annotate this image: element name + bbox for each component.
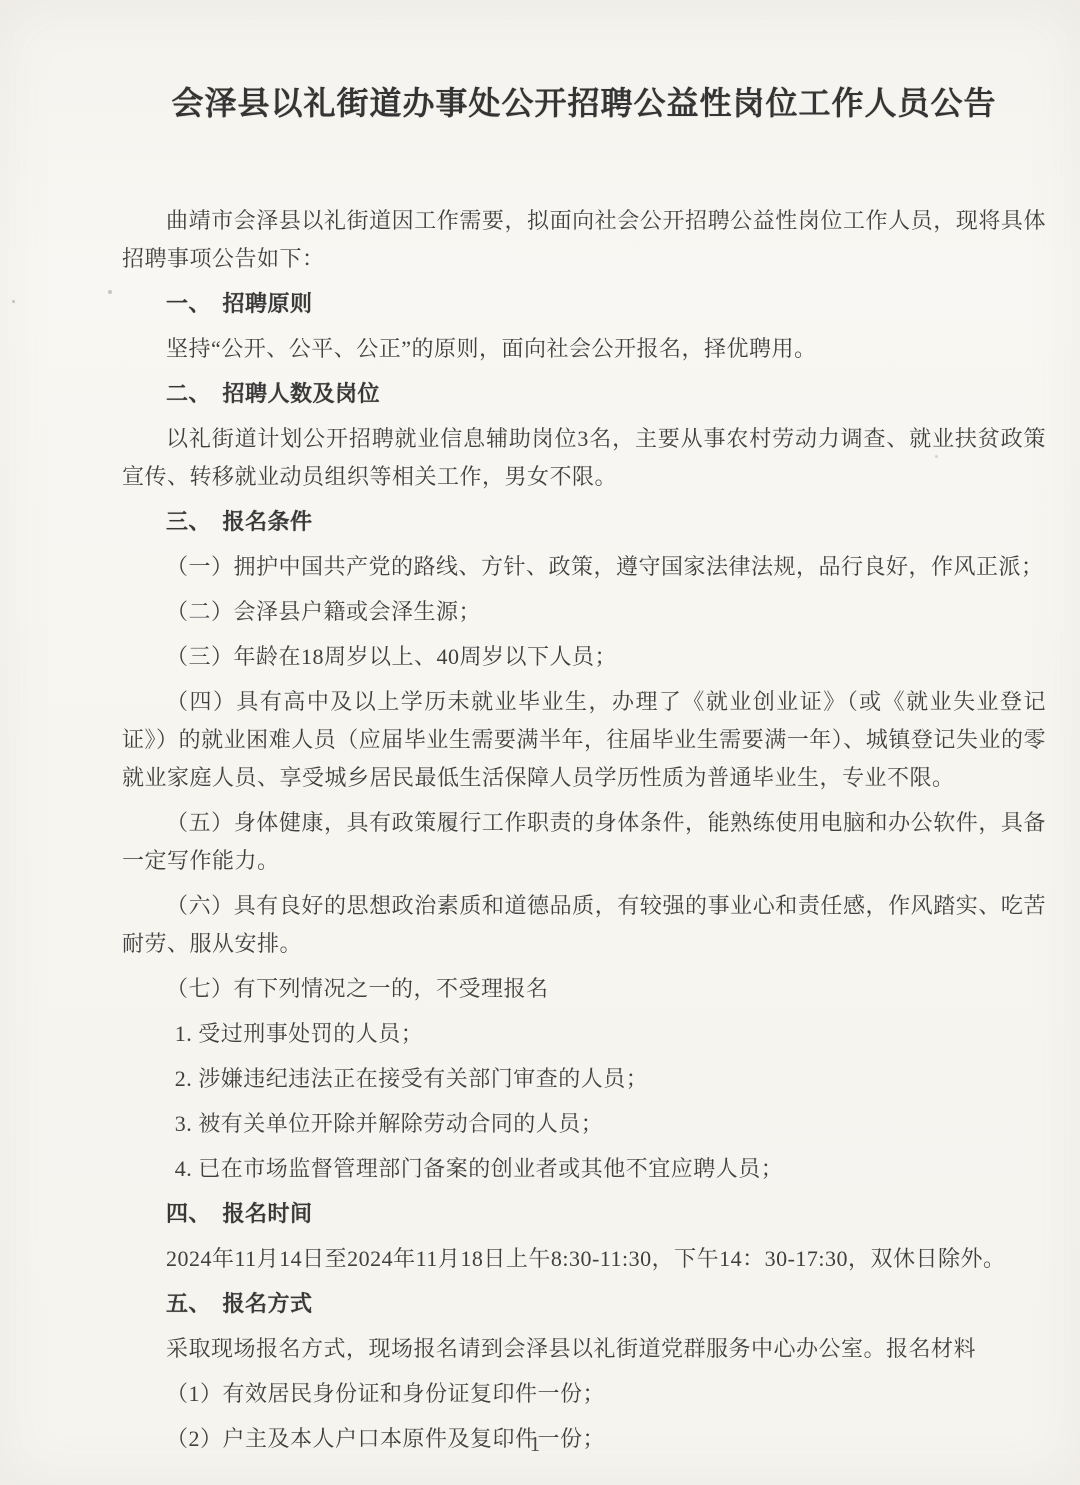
heading-positions-and-headcount: 二、 招聘人数及岗位 bbox=[122, 375, 1046, 413]
heading-application-time: 四、 报名时间 bbox=[122, 1195, 1046, 1233]
condition-item-5: （五）身体健康，具有政策履行工作职责的身体条件，能熟练使用电脑和办公软件，具备一… bbox=[122, 804, 1046, 880]
condition-item-1: （一）拥护中国共产党的路线、方针、政策，遵守国家法律法规，品行良好，作风正派； bbox=[122, 548, 1046, 586]
disqualification-item-2: 2. 涉嫌违纪违法正在接受有关部门审查的人员； bbox=[122, 1060, 1046, 1098]
heading-application-conditions: 三、 报名条件 bbox=[122, 503, 1046, 541]
condition-item-2: （二）会泽县户籍或会泽生源； bbox=[122, 593, 1046, 631]
disqualification-item-3: 3. 被有关单位开除并解除劳动合同的人员； bbox=[122, 1105, 1046, 1143]
condition-item-6: （六）具有良好的思想政治素质和道德品质，有较强的事业心和责任感，作风踏实、吃苦耐… bbox=[122, 887, 1046, 963]
scanned-announcement-page: 会泽县以礼街道办事处公开招聘公益性岗位工作人员公告 曲靖市会泽县以礼街道因工作需… bbox=[0, 0, 1080, 1485]
para-recruitment-principles: 坚持“公开、公平、公正”的原则，面向社会公开报名，择优聘用。 bbox=[122, 330, 1046, 368]
scan-speck bbox=[640, 1339, 643, 1342]
heading-application-method: 五、 报名方式 bbox=[122, 1285, 1046, 1323]
disqualification-item-4: 4. 已在市场监督管理部门备案的创业者或其他不宜应聘人员； bbox=[122, 1150, 1046, 1188]
intro-paragraph: 曲靖市会泽县以礼街道因工作需要，拟面向社会公开招聘公益性岗位工作人员，现将具体招… bbox=[122, 202, 1046, 278]
disqualification-item-1: 1. 受过刑事处罚的人员； bbox=[122, 1015, 1046, 1053]
document-content: 会泽县以礼街道办事处公开招聘公益性岗位工作人员公告 曲靖市会泽县以礼街道因工作需… bbox=[122, 0, 1046, 1465]
condition-item-4: （四）具有高中及以上学历未就业毕业生，办理了《就业创业证》（或《就业失业登记证》… bbox=[122, 683, 1046, 797]
material-item-1: （1）有效居民身份证和身份证复印件一份； bbox=[122, 1375, 1046, 1413]
scan-speck bbox=[12, 300, 15, 303]
para-application-method: 采取现场报名方式，现场报名请到会泽县以礼街道党群服务中心办公室。报名材料 bbox=[122, 1330, 1046, 1368]
scan-speck bbox=[108, 290, 112, 294]
heading-recruitment-principles: 一、 招聘原则 bbox=[122, 285, 1046, 323]
para-positions-and-headcount: 以礼街道计划公开招聘就业信息辅助岗位3名，主要从事农村劳动力调查、就业扶贫政策宣… bbox=[122, 420, 1046, 496]
document-title: 会泽县以礼街道办事处公开招聘公益性岗位工作人员公告 bbox=[122, 78, 1046, 128]
scan-speck bbox=[935, 455, 938, 458]
condition-item-3: （三）年龄在18周岁以上、40周岁以下人员； bbox=[122, 638, 1046, 676]
para-application-time: 2024年11月14日至2024年11月18日上午8:30-11:30，下午14… bbox=[122, 1240, 1046, 1278]
condition-item-7: （七）有下列情况之一的，不受理报名 bbox=[122, 970, 1046, 1008]
page-footer: · 1 · bbox=[0, 1432, 1080, 1457]
page-number: · 1 · bbox=[498, 1432, 583, 1456]
